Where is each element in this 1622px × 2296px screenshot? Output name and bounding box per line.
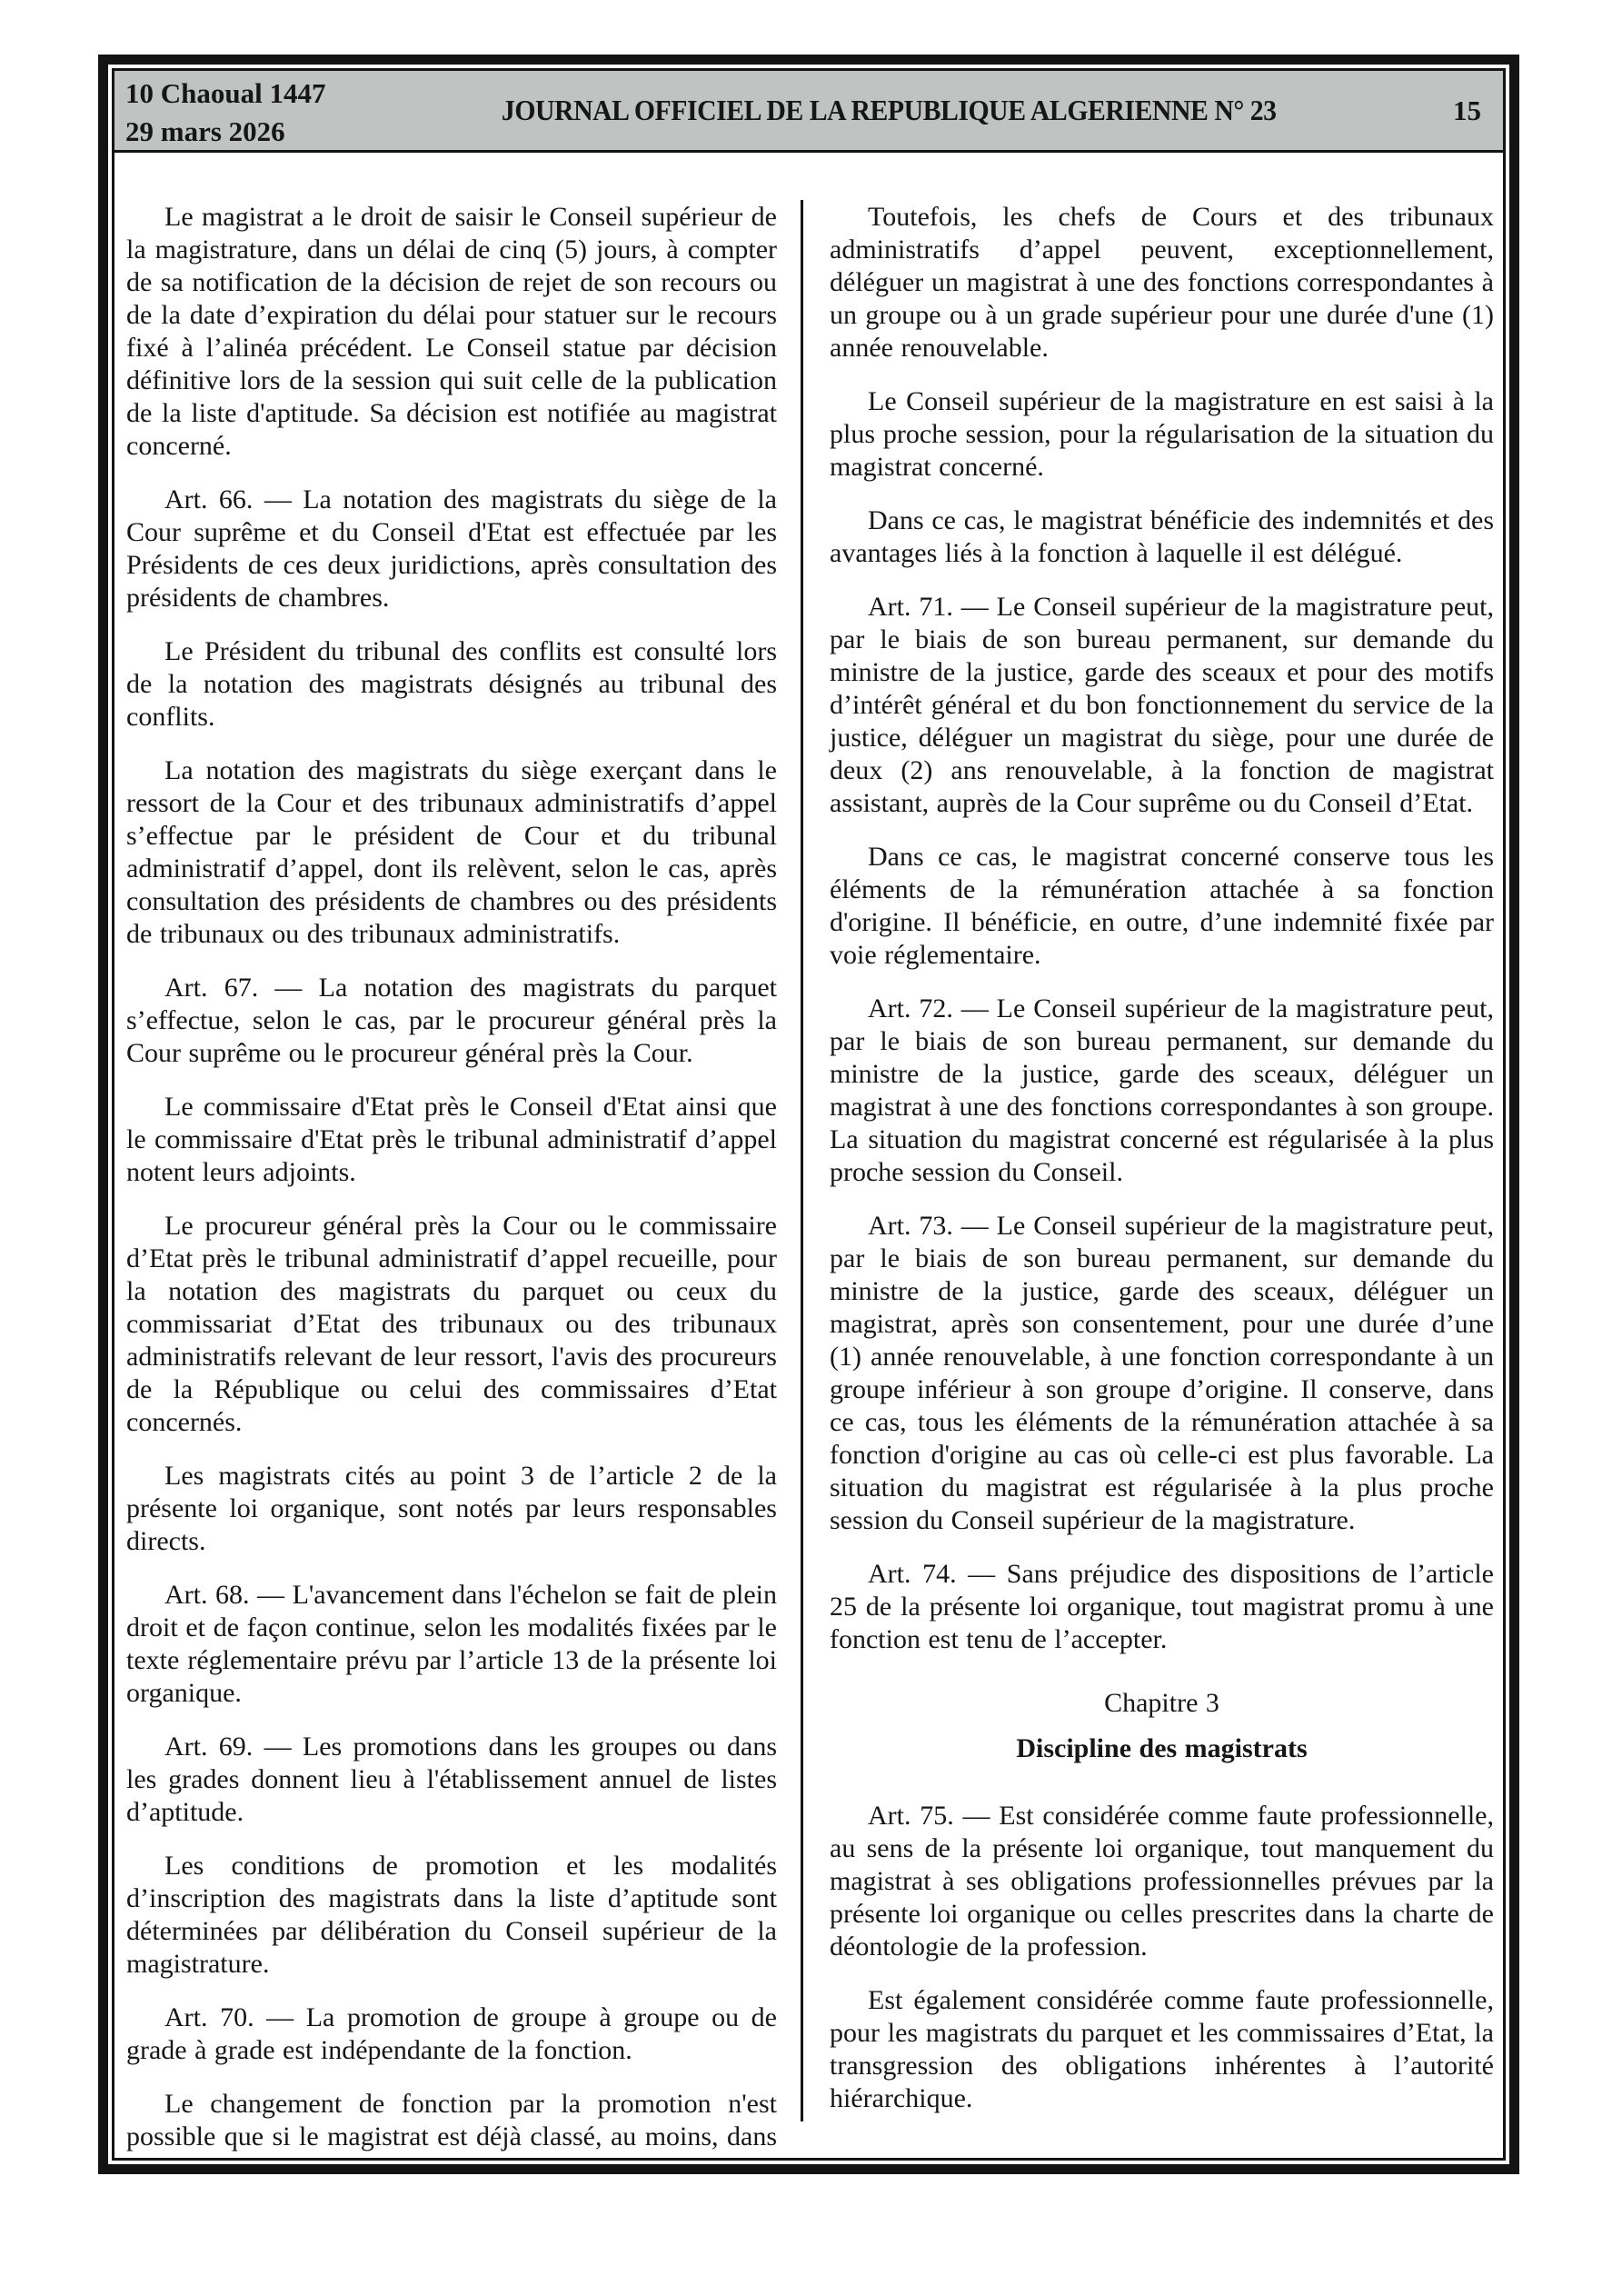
date-block: 10 Chaoual 1447 29 mars 2026 [114, 71, 325, 150]
journal-title: JOURNAL OFFICIEL DE LA REPUBLIQUE ALGERI… [365, 94, 1414, 127]
paragraph: Le commissaire d'Etat près le Conseil d'… [126, 1091, 777, 1189]
paragraph: Le Conseil supérieur de la magistrature … [830, 385, 1494, 484]
paragraph-article-72: Art. 72. — Le Conseil supérieur de la ma… [830, 993, 1494, 1189]
paragraph-article-73: Art. 73. — Le Conseil supérieur de la ma… [830, 1210, 1494, 1537]
paragraph-article-68: Art. 68. — L'avancement dans l'échelon s… [126, 1579, 777, 1710]
paragraph: La notation des magistrats du siège exer… [126, 754, 777, 951]
paragraph: Le magistrat a le droit de saisir le Con… [126, 201, 777, 463]
columns-container: Le magistrat a le droit de saisir le Con… [114, 153, 1503, 2154]
paragraph: Dans ce cas, le magistrat bénéficie des … [830, 504, 1494, 570]
paragraph: Dans ce cas, le magistrat concerné conse… [830, 841, 1494, 972]
paragraph-article-71: Art. 71. — Le Conseil supérieur de la ma… [830, 591, 1494, 820]
paragraph-article-67: Art. 67. — La notation des magistrats du… [126, 972, 777, 1070]
paragraph: Le procureur général près la Cour ou le … [126, 1210, 777, 1439]
paragraph-article-66: Art. 66. — La notation des magistrats du… [126, 484, 777, 614]
journal-page: 10 Chaoual 1447 29 mars 2026 JOURNAL OFF… [0, 0, 1622, 2296]
journal-header: 10 Chaoual 1447 29 mars 2026 JOURNAL OFF… [114, 71, 1503, 153]
paragraph: Toutefois, les chefs de Cours et des tri… [830, 201, 1494, 364]
chapter-heading: Chapitre 3 [830, 1687, 1494, 1720]
chapter-title: Discipline des magistrats [830, 1732, 1494, 1765]
paragraph: Les conditions de promotion et les modal… [126, 1850, 777, 1981]
page-number: 15 [1453, 95, 1503, 127]
paragraph-article-74: Art. 74. — Sans préjudice des dispositio… [830, 1558, 1494, 1656]
right-column: Toutefois, les chefs de Cours et des tri… [803, 153, 1494, 2154]
gregorian-date: 29 mars 2026 [125, 113, 325, 151]
paragraph-article-75: Art. 75. — Est considérée comme faute pr… [830, 1800, 1494, 1963]
page-inner-frame: 10 Chaoual 1447 29 mars 2026 JOURNAL OFF… [112, 68, 1506, 2161]
paragraph-article-69: Art. 69. — Les promotions dans les group… [126, 1731, 777, 1829]
paragraph: Le Président du tribunal des conflits es… [126, 635, 777, 734]
paragraph: Est également considérée comme faute pro… [830, 1984, 1494, 2115]
paragraph: Les magistrats cités au point 3 de l’art… [126, 1460, 777, 1558]
paragraph-article-70: Art. 70. — La promotion de groupe à grou… [126, 2002, 777, 2067]
paragraph: Le changement de fonction par la promoti… [126, 2088, 777, 2154]
hijri-date: 10 Chaoual 1447 [125, 75, 325, 113]
page-frame: 10 Chaoual 1447 29 mars 2026 JOURNAL OFF… [98, 55, 1519, 2174]
left-column: Le magistrat a le droit de saisir le Con… [126, 153, 777, 2154]
